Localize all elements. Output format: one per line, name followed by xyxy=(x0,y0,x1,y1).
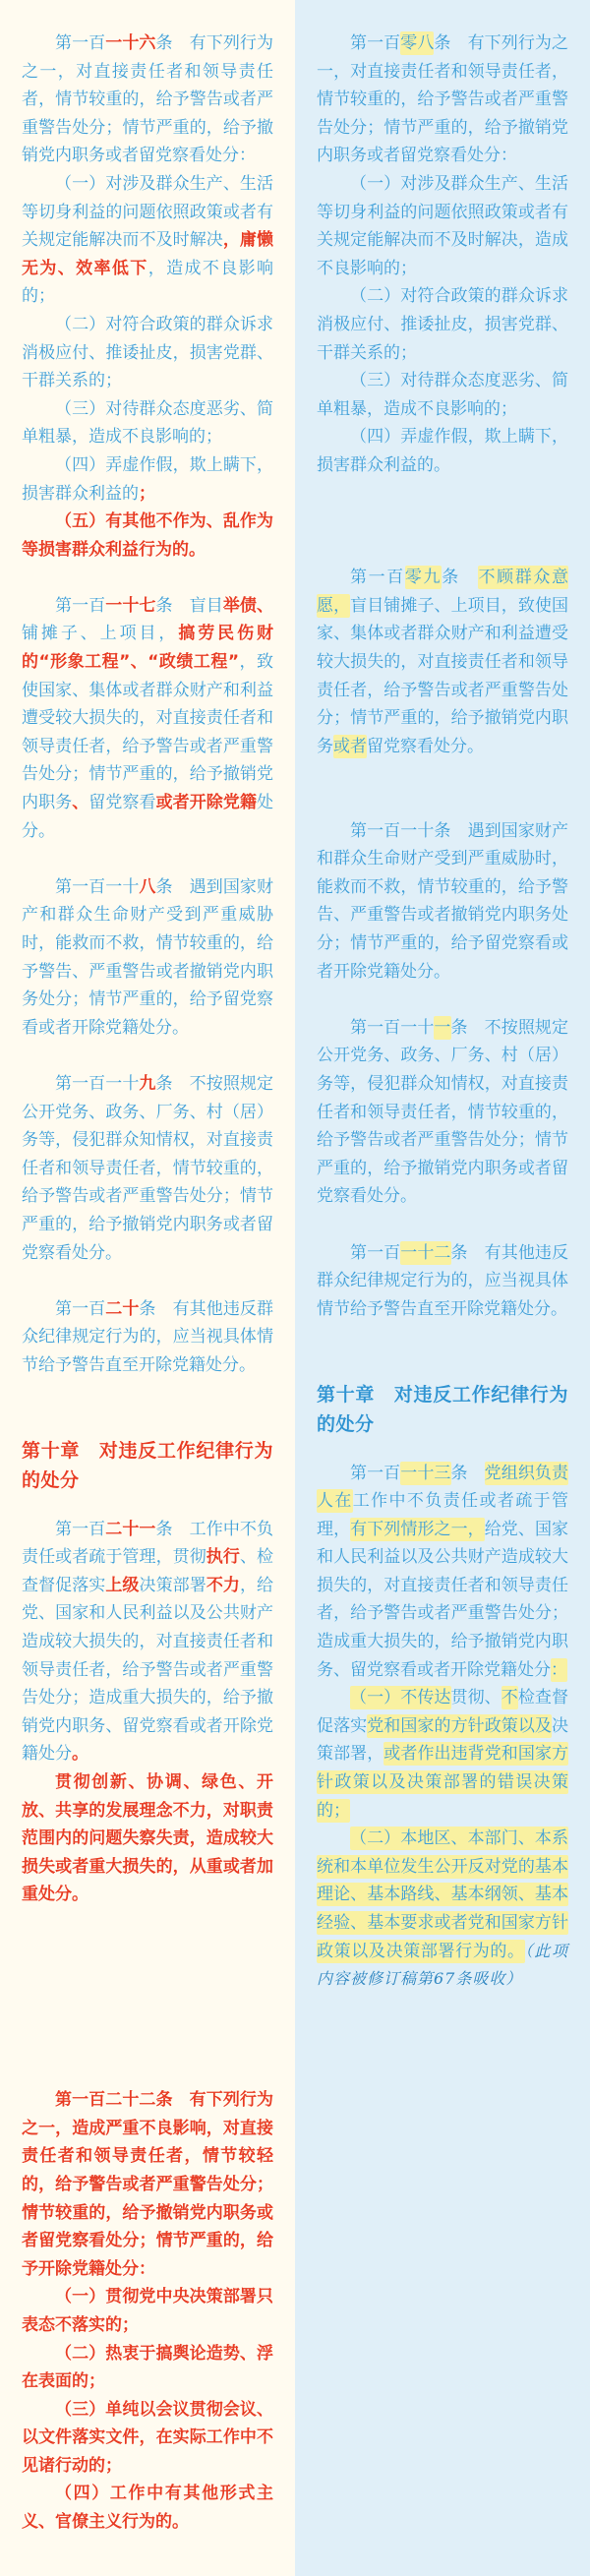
right-article-111-text: 条 不按照规定公开党务、政务、厂务、村（居）务等，侵犯群众知情权，对直接责任者和… xyxy=(317,1018,568,1207)
right-article-109-text: 条 xyxy=(442,568,478,587)
left-article-119-text: 九 xyxy=(139,1074,155,1094)
left-article-122-item-3-text: （三）单纯以会议贯彻会议、以文件落实文件，在实际工作中不见诸行动的； xyxy=(22,2400,273,2476)
left-article-116: 第一百一十六条 有下列行为之一，对直接责任者和领导责任者，情节较重的，给予警告或… xyxy=(22,30,273,170)
right-article-108-item-2-text: （二）对符合政策的群众诉求消极应付、推诿扯皮，损害党群、干群关系的； xyxy=(317,286,568,362)
left-article-118-text: 条 遇到国家财产和群众生命财产受到严重威胁时，能救而不救，情节较重的，给予警告、… xyxy=(22,877,273,1038)
right-article-112-text: 第一百 xyxy=(350,1243,400,1263)
right-article-108-text: 第一百 xyxy=(350,33,400,53)
left-article-121-text: 执行 xyxy=(206,1547,240,1567)
left-article-119-text: 第一百一十 xyxy=(55,1074,139,1094)
left-article-121-text: 决策部署 xyxy=(140,1576,206,1595)
right-article-109-text: 零九 xyxy=(405,566,442,589)
right-article-111-text: 第一百一十 xyxy=(350,1018,434,1038)
right-article-110: 第一百一十条 遇到国家财产和群众生命财产受到严重威胁时，能救而不救，情节较重的，… xyxy=(317,817,568,987)
right-article-108-item-1: （一）对涉及群众生产、生活等切身利益的问题依照政策或者有关规定能解决而不及时解决… xyxy=(317,170,568,282)
left-article-116-item-2-text: （二）对符合政策的群众诉求消极应付、推诿扯皮，损害党群、干群关系的； xyxy=(22,315,273,390)
left-article-117-text: 一十七 xyxy=(105,596,155,616)
left-article-121-text: 不力 xyxy=(206,1576,240,1595)
left-article-121-text: 。 xyxy=(72,1744,88,1764)
left-article-121-text: 上级 xyxy=(105,1576,139,1595)
left-article-116-item-2: （二）对符合政策的群众诉求消极应付、推诿扯皮，损害党群、干群关系的； xyxy=(22,311,273,395)
left-chapter-10-heading: 第十章 对违反工作纪律行为的处分 xyxy=(22,1436,273,1495)
right-article-109-text: 第一百 xyxy=(350,568,405,587)
left-article-118-text: 第一百一十 xyxy=(55,877,139,897)
left-article-116-text: 条 有下列行为之一，对直接责任者和领导责任者，情节较重的，给予警告或者严重警告处… xyxy=(22,33,273,165)
left-article-116-text: 第一百 xyxy=(55,33,105,53)
left-article-116-item-5-text: （五）有其他不作为、乱作为等损害群众利益行为的。 xyxy=(22,511,273,560)
left-article-121-text: 二十一 xyxy=(105,1520,155,1539)
right-article-108-text: 条 有下列行为之一，对直接责任者和领导责任者，情节较重的，给予警告或者严重警告处… xyxy=(317,33,568,165)
right-article-113-item-1-text: 不 xyxy=(501,1686,518,1709)
right-article-108: 第一百零八条 有下列行为之一，对直接责任者和领导责任者，情节较重的，给予警告或者… xyxy=(317,30,568,170)
left-article-116-item-4: （四）弄虚作假，欺上瞒下，损害群众利益的； xyxy=(22,451,273,508)
left-article-117-text: 或者开除党籍 xyxy=(156,793,257,812)
left-article-118-text: 八 xyxy=(139,877,155,897)
left-article-122-item-2-text: （二）热衷于搞舆论造势、浮在表面的； xyxy=(22,2344,273,2392)
right-article-109-text: 或者 xyxy=(333,735,367,758)
left-article-120-text: 第一百 xyxy=(55,1299,105,1319)
right-article-108-item-1-text: （一）对涉及群众生产、生活等切身利益的问题依照政策或者有关规定能解决而不及时解决… xyxy=(317,174,568,278)
right-column-original-text: 第一百零八条 有下列行为之一，对直接责任者和领导责任者，情节较重的，给予警告或者… xyxy=(295,0,590,2576)
regulation-comparison-document: 第一百一十六条 有下列行为之一，对直接责任者和领导责任者，情节较重的，给予警告或… xyxy=(0,0,590,2576)
left-article-119: 第一百一十九条 不按照规定公开党务、政务、厂务、村（居）务等，侵犯群众知情权，对… xyxy=(22,1070,273,1267)
left-article-117-text: 举债、 xyxy=(223,596,273,616)
right-article-113-text: 条 xyxy=(451,1464,485,1483)
left-article-121-appended: 贯彻创新、协调、绿色、开放、共享的发展理念不力，对职责范围内的问题失察失责，造成… xyxy=(22,1768,273,1909)
left-article-121: 第一百二十一条 工作中不负责任或者疏于管理，贯彻执行、检查督促落实上级决策部署不… xyxy=(22,1516,273,1768)
right-article-113-item-2: （二）本地区、本部门、本系统和本单位发生公开反对党的基本理论、基本路线、基本纲领… xyxy=(317,1825,568,1994)
right-article-113-text: ： xyxy=(551,1658,567,1682)
left-article-120-text: 二十 xyxy=(105,1299,139,1319)
right-article-113-item-1-text: 党和国家的方针政策以及 xyxy=(367,1714,552,1738)
left-article-121-text: ，给党、国家和人民利益以及公共财产造成较大损失的，对直接责任者和领导责任者，给予… xyxy=(22,1576,273,1765)
left-article-117-text: 、 xyxy=(72,793,88,812)
right-article-113-text: 有下列情形之一， xyxy=(350,1518,485,1541)
left-article-119-text: 条 不按照规定公开党务、政务、厂务、村（居）务等，侵犯群众知情权，对直接责任者和… xyxy=(22,1074,273,1263)
right-article-113: 第一百一十三条 党组织负责人在工作中不负责任或者疏于管理，有下列情形之一，给党、… xyxy=(317,1460,568,1685)
right-article-108-item-3-text: （三）对待群众态度恶劣、简单粗暴，造成不良影响的； xyxy=(317,371,568,419)
left-article-116-text: 一十六 xyxy=(105,33,155,53)
right-article-113-text: 一十三 xyxy=(400,1462,450,1485)
left-article-121-text: 第一百 xyxy=(55,1520,105,1539)
left-article-117: 第一百一十七条 盲目举债、铺摊子、上项目，搞劳民伤财的“形象工程”、“政绩工程”… xyxy=(22,592,273,845)
left-article-116-item-4-text: ； xyxy=(139,484,155,504)
left-article-122-item-3: （三）单纯以会议贯彻会议、以文件落实文件，在实际工作中不见诸行动的； xyxy=(22,2396,273,2481)
left-article-117-text: 留党察看 xyxy=(88,793,155,812)
left-article-121-appended-text: 贯彻创新、协调、绿色、开放、共享的发展理念不力，对职责范围内的问题失察失责，造成… xyxy=(22,1772,273,1904)
left-article-122: 第一百二十二条 有下列行为之一，造成严重不良影响，对直接责任者和领导责任者，情节… xyxy=(22,2086,273,2283)
right-article-112-text: 一十二 xyxy=(400,1241,450,1265)
right-article-113-text: 给党、国家和人民利益以及公共财产造成较大损失的，对直接责任者和领导责任者，给予警… xyxy=(317,1520,568,1680)
right-article-109-text: 留党察看处分。 xyxy=(367,737,484,756)
left-article-117-text: ，致使国家、集体或者群众财产和利益遭受较大损失的，对直接责任者和领导责任者，给予… xyxy=(22,652,273,812)
left-article-122-item-4: （四）工作中有其他形式主义、官僚主义行为的。 xyxy=(22,2480,273,2536)
right-article-111: 第一百一十一条 不按照规定公开党务、政务、厂务、村（居）务等，侵犯群众知情权，对… xyxy=(317,1014,568,1211)
left-article-122-item-2: （二）热衷于搞舆论造势、浮在表面的； xyxy=(22,2340,273,2396)
left-article-116-item-1: （一）对涉及群众生产、生活等切身利益的问题依照政策或者有关规定能解决而不及时解决… xyxy=(22,170,273,311)
left-article-116-item-3: （三）对待群众态度恶劣、简单粗暴，造成不良影响的； xyxy=(22,395,273,451)
right-article-113-text: 第一百 xyxy=(350,1464,400,1483)
left-article-116-item-3-text: （三）对待群众态度恶劣、简单粗暴，造成不良影响的； xyxy=(22,399,273,448)
left-article-122-item-1: （一）贯彻党中央决策部署只表态不落实的； xyxy=(22,2283,273,2339)
right-article-110-text: 第一百一十条 遇到国家财产和群众生命财产受到严重威胁时，能救而不救，情节较重的，… xyxy=(317,821,568,982)
right-article-113-item-1-text: （一）不传达 xyxy=(350,1686,451,1709)
left-article-120: 第一百二十条 有其他违反群众纪律规定行为的，应当视具体情节给予警告直至开除党籍处… xyxy=(22,1295,273,1380)
right-article-112: 第一百一十二条 有其他违反群众纪律规定行为的，应当视具体情节给予警告直至开除党籍… xyxy=(317,1239,568,1324)
right-article-108-item-3: （三）对待群众态度恶劣、简单粗暴，造成不良影响的； xyxy=(317,367,568,423)
left-article-117-text: 铺摊子、上项目， xyxy=(22,624,178,643)
left-article-117-text: 第一百 xyxy=(55,596,105,616)
right-chapter-10-heading: 第十章 对违反工作纪律行为的处分 xyxy=(317,1380,568,1439)
right-article-108-item-4-text: （四）弄虚作假，欺上瞒下，损害群众利益的。 xyxy=(317,427,568,475)
right-article-108-item-2: （二）对符合政策的群众诉求消极应付、推诿扯皮，损害党群、干群关系的； xyxy=(317,282,568,367)
left-article-122-item-4-text: （四）工作中有其他形式主义、官僚主义行为的。 xyxy=(22,2484,273,2532)
left-chapter-10-heading-text: 第十章 对违反工作纪律行为的处分 xyxy=(22,1440,273,1491)
right-article-109: 第一百零九条 不顾群众意愿，盲目铺摊子、上项目，致使国家、集体或者群众财产和利益… xyxy=(317,564,568,760)
right-article-108-item-4: （四）弄虚作假，欺上瞒下，损害群众利益的。 xyxy=(317,423,568,479)
left-article-122-text: 第一百二十二条 有下列行为之一，造成严重不良影响，对直接责任者和领导责任者，情节… xyxy=(22,2090,273,2279)
left-article-117-text: 条 盲目 xyxy=(156,596,223,616)
left-column-revised-text: 第一百一十六条 有下列行为之一，对直接责任者和领导责任者，情节较重的，给予警告或… xyxy=(0,0,295,2576)
right-article-109-text: 盲目铺摊子、上项目，致使国家、集体或者群众财产和利益遭受较大损失的，对直接责任者… xyxy=(317,596,568,756)
right-article-111-text: 一 xyxy=(434,1016,450,1040)
right-article-113-item-1-text: 贯彻、 xyxy=(451,1688,501,1707)
left-article-118: 第一百一十八条 遇到国家财产和群众生命财产受到严重威胁时，能救而不救，情节较重的… xyxy=(22,873,273,1043)
right-chapter-10-heading-text: 第十章 对违反工作纪律行为的处分 xyxy=(317,1384,568,1435)
right-article-108-text: 零八 xyxy=(400,31,434,55)
left-article-122-item-1-text: （一）贯彻党中央决策部署只表态不落实的； xyxy=(22,2287,273,2335)
right-article-113-item-1: （一）不传达贯彻、不检查督促落实党和国家的方针政策以及决策部署，或者作出违背党和… xyxy=(317,1684,568,1825)
left-article-116-item-5: （五）有其他不作为、乱作为等损害群众利益行为的。 xyxy=(22,508,273,564)
